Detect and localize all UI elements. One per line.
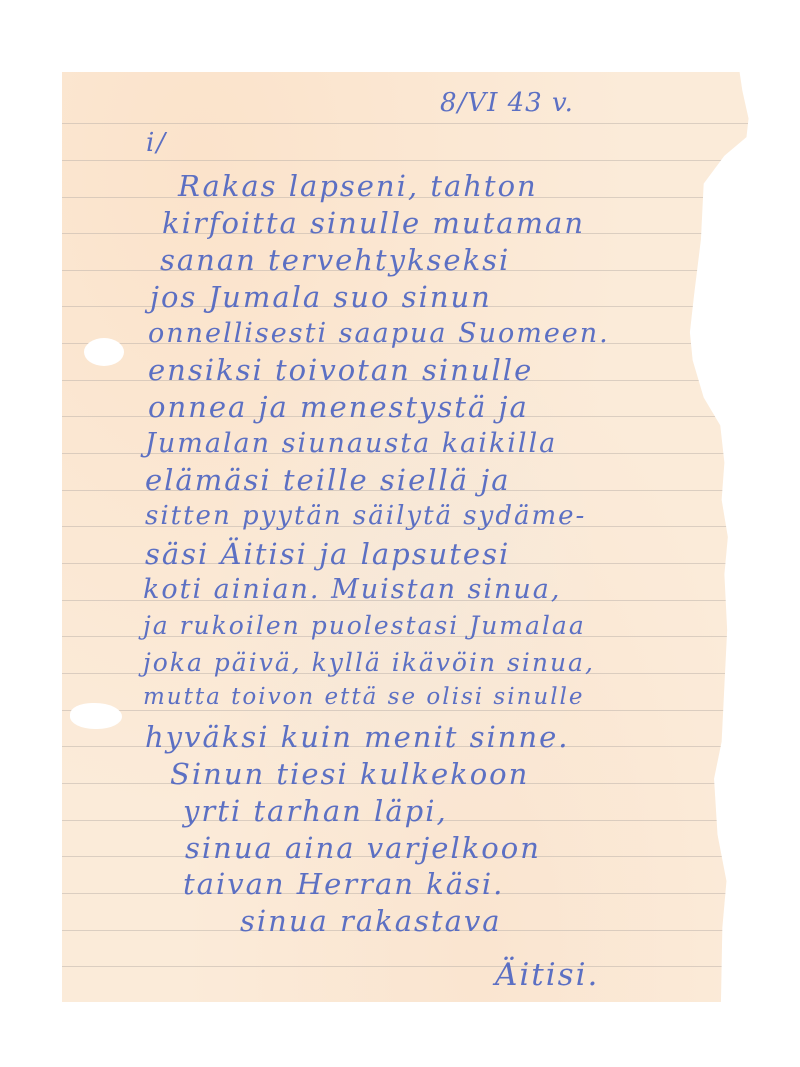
verse-line: yrti tarhan läpi, [183,797,448,826]
verse-line: sinua aina varjelkoon [185,834,541,863]
body-line: hyväksi kuin menit sinne. [145,723,569,752]
body-line: kirfoitta sinulle mutaman [162,209,585,238]
verse-line: taivan Herran käsi. [183,870,504,899]
body-line: Jumalan siunausta kaikilla [145,430,557,457]
ruled-line [62,160,752,161]
body-line: sanan tervehtykseksi [160,246,510,275]
body-line: sitten pyytän säilytä sydäme- [145,503,586,529]
closing-line: sinua rakastava [240,907,502,936]
body-line: koti ainian. Muistan sinua, [143,576,562,603]
body-line: ensiksi toivotan sinulle [148,356,533,385]
body-line: onnellisesti saapua Suomeen. [148,320,610,347]
torn-punch-hole [70,703,122,729]
corner-mark: i/ [146,130,167,156]
letter-date: 8/VI 43 v. [440,90,574,116]
ruled-line [62,123,752,124]
body-line: jos Jumala suo sinun [150,283,492,312]
ruled-line [62,966,752,967]
body-line: joka päivä, kyllä ikävöin sinua, [143,650,595,675]
body-line: elämäsi teille siellä ja [145,466,511,495]
ruled-line [62,710,752,711]
signature: Äitisi. [495,960,599,991]
body-line: onnea ja menestystä ja [148,393,529,422]
body-line: säsi Äitisi ja lapsutesi [145,540,510,569]
body-line: mutta toivon että se olisi sinulle [143,686,585,709]
body-line: Rakas lapseni, tahton [178,172,538,201]
punch-hole [84,338,124,366]
verse-line: Sinun tiesi kulkekoon [170,760,529,789]
body-line: ja rukoilen puolestasi Jumalaa [143,613,586,638]
